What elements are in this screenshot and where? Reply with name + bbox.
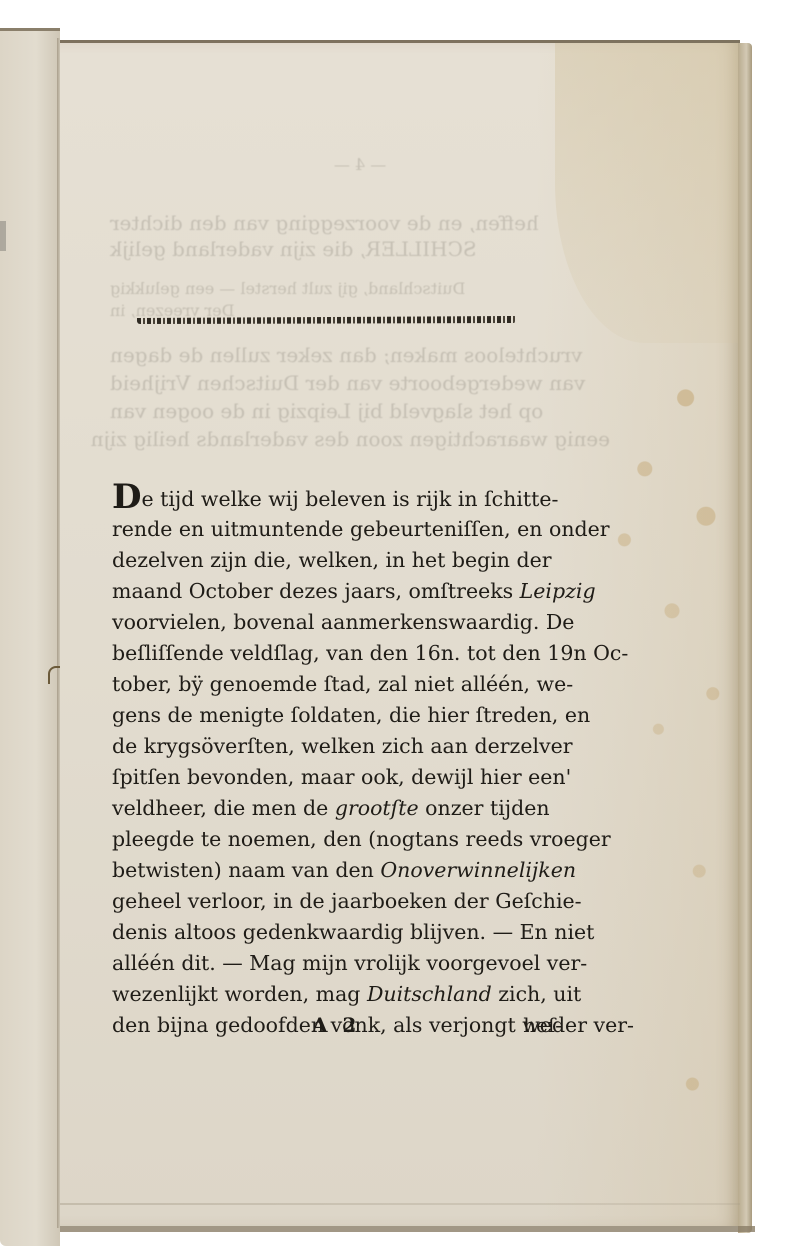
text-run-plain: onzer tijden [419,796,550,820]
text-line: voorvielen, bovenal aanmerkenswaardig. D… [112,607,562,638]
text-run: maand October dezes jaars, omſtreeks Lei… [112,576,596,607]
page-crease [60,1203,740,1205]
signature-mark: A 2 [312,1013,360,1037]
text-line: ſpitſen bevonden, maar ook, dewijl hier … [112,762,562,793]
text-run: betwisten) naam van den Onoverwinnelijke… [112,855,576,886]
bleed-through-line: heffen, en de voorzegging van den dichte… [110,211,610,235]
page-footer: A 2 heſ- [112,1013,562,1043]
text-run-plain: zich, uit [492,982,582,1006]
text-run: wezenlijkt worden, mag Duitschland zich,… [112,979,581,1010]
text-run-plain: veldheer, die men de [112,796,335,820]
page-bottom-edge [60,1226,755,1232]
text-run-plain: maand October dezes jaars, omſtreeks [112,579,520,603]
bleed-through-line: vruchteloos maken; dan zeker zullen de d… [110,343,610,367]
first-line: De tijd welke wij beleven is rijk in ſch… [112,483,558,514]
text-line: denis altoos gedenkwaardig blijven. — En… [112,917,562,948]
text-run-plain: wezenlijkt worden, mag [112,982,367,1006]
text-run: veldheer, die men de grootſte onzer tijd… [112,793,550,824]
bleed-through-line: Duitschland, gij zult herstel — een gelu… [110,279,610,298]
text-run-plain: betwisten) naam van den [112,858,380,882]
text-line: wezenlijkt worden, mag Duitschland zich,… [112,979,562,1010]
text-line: maand October dezes jaars, omſtreeks Lei… [112,576,562,607]
facing-page-letter-fragment [0,221,6,251]
bleed-through-line: op het slagveld bij Leipzig in de oogen … [110,399,610,423]
italic-word: grootſte [335,796,419,820]
text-line: veldheer, die men de grootſte onzer tijd… [112,793,562,824]
bleed-through-line: SCHILLER, die zijn vaderland gelijk [110,237,610,261]
text-line: geheel verloor, in de jaarboeken der Geſ… [112,886,562,917]
text-line: tober, bÿ genoemde ſtad, zal niet alléén… [112,669,562,700]
water-stain [555,43,740,343]
bleed-through-line: eenig waarachtigen zoon des vaderlands h… [110,427,610,451]
text-line: de krygsöverſten, welken zich aan derzel… [112,731,562,762]
text-line: dezelven zijn die, welken, in het begin … [112,545,562,576]
text-line: pleegde te noemen, den (nogtans reeds vr… [112,824,562,855]
text-line: De tijd welke wij beleven is rijk in ſch… [112,483,562,514]
page-fore-edge [738,43,752,1233]
text-line: alléén dit. — Mag mijn vrolijk voorgevoe… [112,948,562,979]
italic-place-name: Duitschland [367,982,492,1006]
first-line-text: e tijd welke wij beleven is rijk in ſchi… [141,487,558,511]
text-line: beſliſſende veldſlag, van den 16n. tot d… [112,638,562,669]
italic-word: Onoverwinnelijken [380,858,576,882]
facing-page [0,28,60,1246]
italic-place-name: Leipzig [520,579,596,603]
book-page: — 4 — heffen, en de voorzegging van den … [60,40,740,1226]
text-line: gens de menigte ſoldaten, die hier ſtred… [112,700,562,731]
catchword: heſ- [523,1013,562,1037]
body-text: De tijd welke wij beleven is rijk in ſch… [112,483,562,1041]
text-line: rende en uitmuntende gebeurteniſſen, en … [112,514,562,545]
bleed-through-line: van wedergeboorte van der Duitschen Vrij… [110,371,610,395]
bleed-through-page-number: — 4 — [110,155,610,174]
text-line: betwisten) naam van den Onoverwinnelijke… [112,855,562,886]
drop-cap: D [112,477,141,517]
